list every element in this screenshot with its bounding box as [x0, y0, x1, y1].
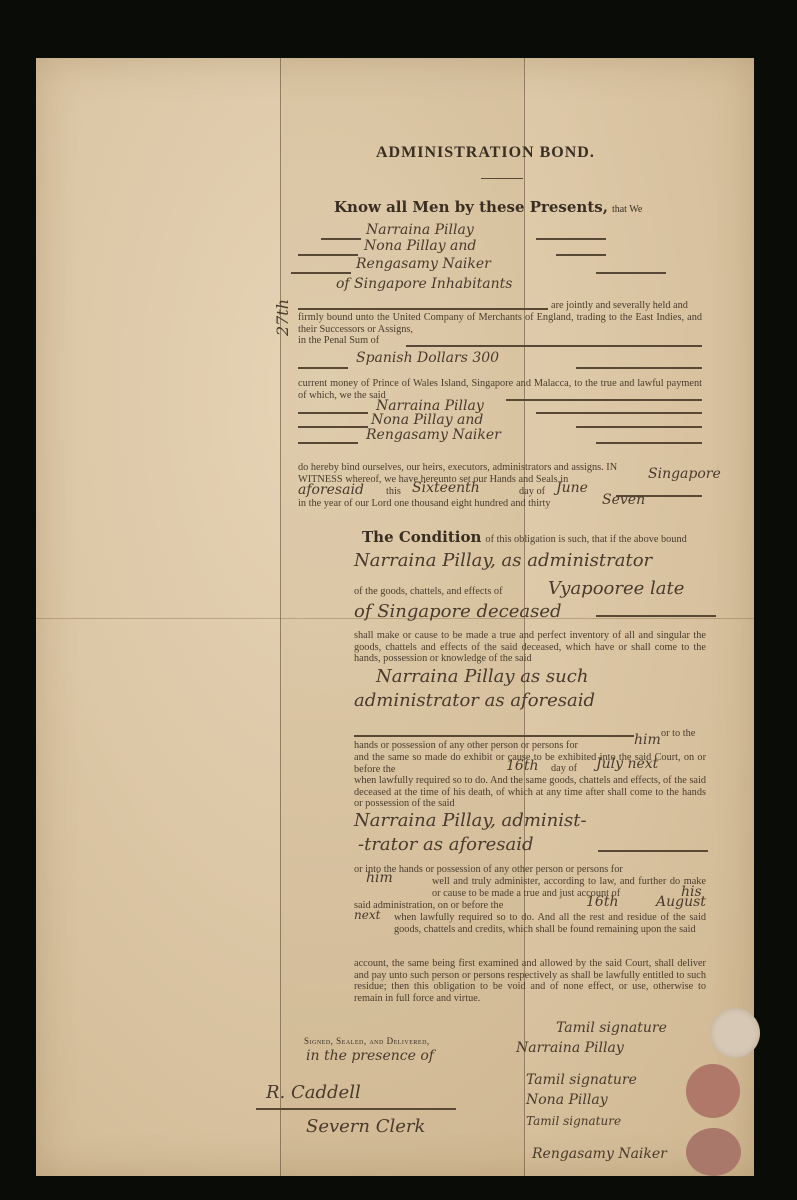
him-handwritten: him — [366, 870, 393, 886]
penal-sum-label: in the Penal Sum of — [298, 335, 379, 347]
obligor-signature-tamil-3: Tamil signature — [526, 1114, 621, 1128]
blank-rule — [596, 442, 702, 444]
wax-seal-1 — [686, 1064, 740, 1118]
document-title: ADMINISTRATION BOND. — [376, 144, 595, 162]
blank-rule — [576, 367, 702, 369]
blank-rule — [298, 367, 348, 369]
para1-text: firmly bound unto the United Company of … — [298, 312, 702, 335]
blank-rule — [298, 308, 548, 310]
blank-rule — [298, 426, 368, 428]
blank-rule — [298, 412, 368, 414]
hand-c: Narraina Pillay, administ- — [354, 810, 587, 831]
deceased-handwritten: Vyapooree late — [548, 578, 684, 599]
condition-text11: when lawfully required so to do. And all… — [394, 912, 706, 935]
for-him-handwritten: him — [634, 732, 661, 748]
para2-text: current money of Prince of Wales Island,… — [298, 378, 702, 401]
blank-rule — [598, 850, 708, 852]
next-handwritten: next — [354, 908, 380, 922]
wax-seal-2 — [686, 1128, 741, 1176]
condition-text8: or into the hands or possession of any o… — [354, 864, 623, 876]
blank-rule — [291, 272, 351, 274]
opening-line: Know all Men by these Presents, that We — [334, 198, 642, 217]
administrator-handwritten: Narraina Pillay, as administrator — [354, 550, 652, 571]
blank-rule — [354, 735, 634, 737]
condition-text3: shall make or cause to be made a true an… — [354, 630, 706, 665]
deceased-residence: of Singapore deceased — [354, 601, 562, 622]
blank-rule — [596, 272, 666, 274]
obligor-name-2: Nona Pillay and — [364, 238, 476, 254]
obligor-signature-3: Rengasamy Naiker — [532, 1146, 667, 1162]
blank-rule — [556, 254, 606, 256]
month1-handwritten: July next — [596, 756, 658, 772]
obligor-signature-tamil-1: Tamil signature — [556, 1020, 667, 1036]
condition-text7: when lawfully required so to do. And the… — [354, 775, 706, 810]
condition-heading: The Condition of this obligation is such… — [362, 528, 687, 547]
wax-seal-faded — [710, 1008, 760, 1058]
obligor-signature-2: Nona Pillay — [526, 1092, 608, 1108]
blank-rule — [576, 426, 702, 428]
day-handwritten: Sixteenth — [412, 480, 480, 496]
date2-handwritten: 16th — [586, 894, 618, 910]
blank-rule — [321, 238, 361, 240]
blank-rule — [298, 254, 358, 256]
witness-signature-2: Severn Clerk — [306, 1116, 425, 1137]
condition-text5: hands or possession of any other person … — [354, 740, 578, 752]
blank-rule — [536, 412, 702, 414]
opening-tail: that We — [612, 204, 642, 215]
obligor-signature-1: Narraina Pillay — [516, 1040, 624, 1056]
date1-handwritten: 16th — [506, 758, 538, 774]
obligor-name-1: Narraina Pillay — [366, 222, 474, 238]
hand-a: Narraina Pillay as such — [376, 666, 588, 687]
this-label: this — [386, 486, 401, 498]
obligor-residence: of Singapore Inhabitants — [336, 276, 512, 292]
condition-text4-tail: or to the — [661, 728, 695, 740]
hand-b: administrator as aforesaid — [354, 690, 595, 711]
condition-text1: of this obligation is such, that if the … — [485, 534, 686, 545]
hand-d: -trator as aforesaid — [358, 834, 533, 855]
day-of-label-2: day of — [551, 763, 577, 775]
para1-lead: are jointly and severally held and — [551, 300, 688, 312]
obligor-signature-tamil-2: Tamil signature — [526, 1072, 637, 1088]
blank-rule — [596, 615, 716, 617]
penal-sum-amount: Spanish Dollars 300 — [356, 350, 499, 366]
condition-text12: account, the same being first examined a… — [354, 958, 706, 1004]
para3-line1: do hereby bind ourselves, our heirs, exe… — [298, 462, 702, 474]
condition-text2: of the goods, chattels, and effects of — [354, 586, 503, 598]
document-sheet: ADMINISTRATION BOND. Know all Men by the… — [36, 58, 754, 1176]
witness-signature-1: R. Caddell — [266, 1082, 361, 1103]
signed-sealed-label: Signed, Sealed, and Delivered, — [304, 1036, 430, 1046]
blank-rule — [406, 345, 702, 347]
day-of-label: day of — [519, 486, 545, 498]
blank-rule — [298, 442, 358, 444]
place-aforesaid: aforesaid — [298, 482, 364, 498]
month2-handwritten: August — [656, 894, 706, 910]
blank-rule — [506, 399, 702, 401]
margin-note: 27th — [273, 299, 292, 336]
year-handwritten: Seven — [602, 492, 645, 508]
presence-handwritten: in the presence of — [306, 1048, 434, 1064]
fold-line-left — [280, 58, 281, 1176]
title-rule — [481, 178, 523, 179]
condition-blackletter: The Condition — [362, 528, 481, 546]
signature-rule — [256, 1108, 456, 1110]
obligor-repeat-3: Rengasamy Naiker — [366, 427, 501, 443]
opening-blackletter: Know all Men by these Presents, — [334, 198, 608, 216]
obligor-name-3: Rengasamy Naiker — [356, 256, 491, 272]
year-line: in the year of our Lord one thousand eig… — [298, 498, 551, 510]
blank-rule — [536, 238, 606, 240]
place-singapore: Singapore — [648, 466, 721, 482]
obligor-repeat-2: Nona Pillay and — [371, 412, 483, 428]
month-handwritten: June — [556, 480, 588, 496]
